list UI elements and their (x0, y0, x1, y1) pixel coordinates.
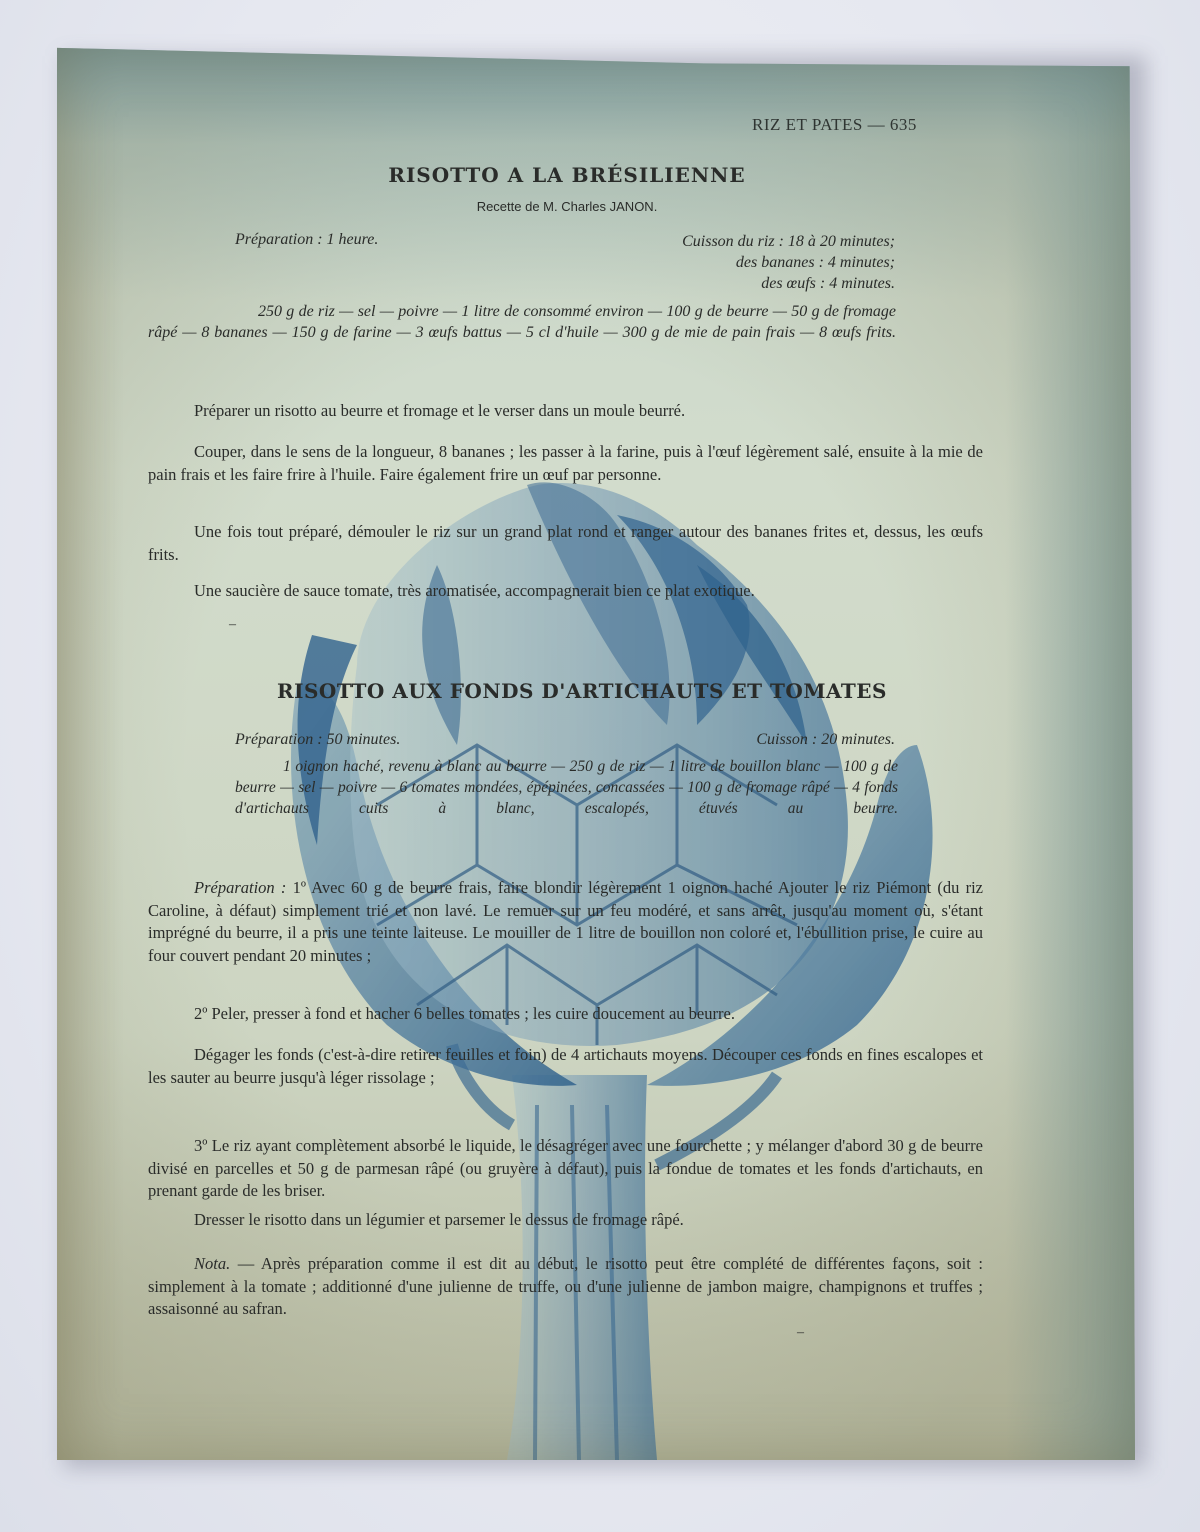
note-text: — Après préparation comme il est dit au … (148, 1254, 983, 1318)
recipe2-preparation: Préparation : 50 minutes. (235, 731, 400, 749)
recipe1-paragraph: Couper, dans le sens de la longueur, 8 b… (148, 441, 983, 486)
recipe1-paragraph: Une fois tout préparé, démouler le riz s… (148, 521, 983, 566)
divider-mark: – (229, 617, 236, 633)
recipe2-note: Nota. — Après préparation comme il est d… (148, 1253, 983, 1321)
step-text: 2º Peler, presser à fond et hacher 6 bel… (194, 1004, 735, 1023)
recipe1-cuisson-oeufs: des œufs : 4 minutes. (682, 273, 895, 294)
recipe1-paragraph: Préparer un risotto au beurre et fromage… (148, 400, 983, 423)
note-lead: Nota. (194, 1254, 238, 1273)
recipe2-step: 3º Le riz ayant complètement absorbé le … (148, 1135, 983, 1203)
step-text: Dégager les fonds (c'est-à-dire retirer … (148, 1045, 983, 1087)
recipe2-cuisson: Cuisson : 20 minutes. (756, 731, 895, 749)
recipe2-step: Préparation : 1º Avec 60 g de beurre fra… (148, 877, 983, 967)
recipe2-step: 2º Peler, presser à fond et hacher 6 bel… (148, 1003, 983, 1026)
recipe1-cuisson: Cuisson du riz : 18 à 20 minutes; des ba… (682, 231, 895, 294)
end-mark: – (797, 1325, 804, 1341)
recipe1-cuisson-riz: Cuisson du riz : 18 à 20 minutes; (682, 231, 895, 252)
recipe1-title: RISOTTO A LA BRÉSILIENNE (57, 163, 1077, 187)
recipe2-title: RISOTTO AUX FONDS D'ARTICHAUTS ET TOMATE… (222, 679, 942, 703)
running-head: RIZ ET PATES — 635 (752, 115, 917, 135)
recipe1-ingredients: 250 g de riz — sel — poivre — 1 litre de… (148, 301, 896, 343)
step-text: Dresser le risotto dans un légumier et p… (194, 1210, 684, 1229)
step-lead: Préparation : (194, 878, 293, 897)
recipe1-paragraph: Une saucière de sauce tomate, très aroma… (148, 580, 983, 603)
recipe1-cuisson-bananes: des bananes : 4 minutes; (682, 252, 895, 273)
step-text: 3º Le riz ayant complètement absorbé le … (148, 1136, 983, 1200)
artichoke-illustration (57, 45, 1135, 1460)
recipe1-preparation: Préparation : 1 heure. (235, 231, 378, 249)
recipe2-ingredients: 1 oignon haché, revenu à blanc au beurre… (235, 756, 898, 819)
book-page: RIZ ET PATES — 635 RISOTTO A LA BRÉSILIE… (57, 45, 1135, 1460)
recipe2-step: Dresser le risotto dans un légumier et p… (148, 1209, 983, 1232)
recipe2-step: Dégager les fonds (c'est-à-dire retirer … (148, 1044, 983, 1089)
recipe1-byline: Recette de M. Charles JANON. (57, 199, 1077, 214)
